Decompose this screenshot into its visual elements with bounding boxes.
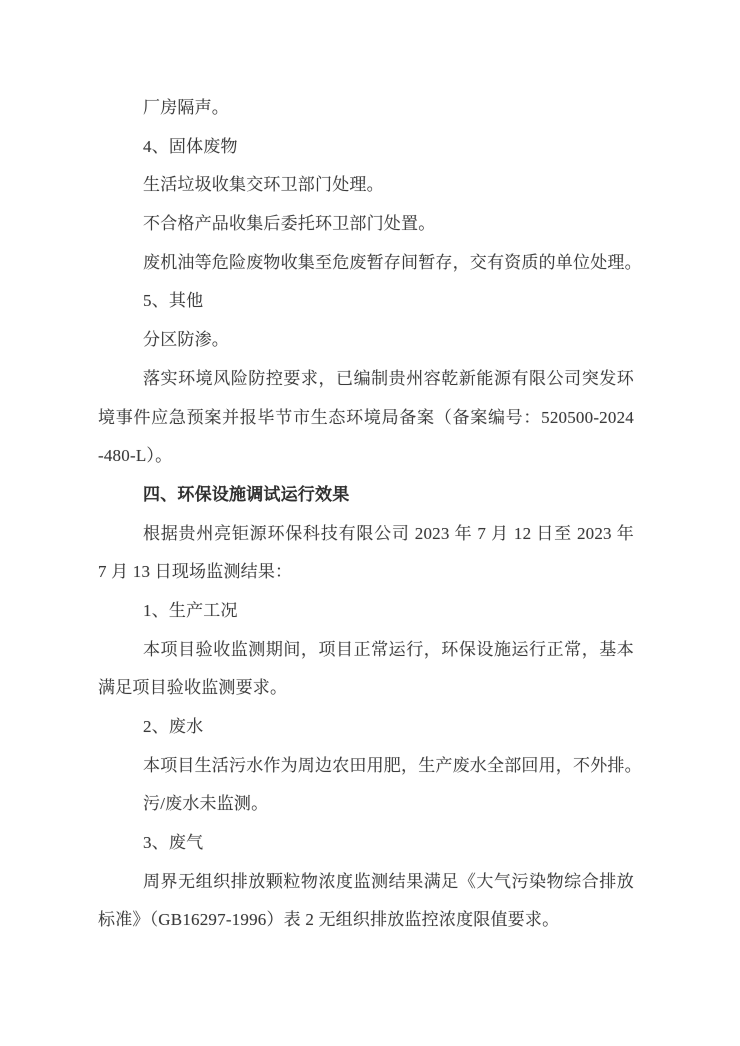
- paragraph-line: 废机油等危险废物收集至危废暂存间暂存，交有资质的单位处理。: [98, 244, 634, 283]
- section-heading: 四、环保设施调试运行效果: [98, 476, 634, 515]
- paragraph-line: 分区防渗。: [98, 321, 634, 360]
- paragraph-line: 周界无组织排放颗粒物浓度监测结果满足《大气污染物综合排放: [98, 863, 634, 902]
- paragraph-line: 根据贵州亮钜源环保科技有限公司 2023 年 7 月 12 日至 2023 年: [98, 515, 634, 554]
- paragraph-line: 不合格产品收集后委托环卫部门处置。: [98, 205, 634, 244]
- list-item-heading: 4、固体废物: [98, 128, 634, 167]
- list-item-heading: 2、废水: [98, 708, 634, 747]
- paragraph-line: 7 月 13 日现场监测结果：: [98, 553, 634, 592]
- paragraph-line: 落实环境风险防控要求，已编制贵州容乾新能源有限公司突发环: [98, 360, 634, 399]
- paragraph-line: 满足项目验收监测要求。: [98, 669, 634, 708]
- list-item-heading: 5、其他: [98, 282, 634, 321]
- list-item-heading: 3、废气: [98, 824, 634, 863]
- list-item-heading: 1、生产工况: [98, 592, 634, 631]
- paragraph-line: 本项目生活污水作为周边农田用肥，生产废水全部回用，不外排。: [98, 747, 634, 786]
- paragraph-line: -480-L）。: [98, 437, 634, 476]
- paragraph-line: 生活垃圾收集交环卫部门处理。: [98, 166, 634, 205]
- document-text-block: 厂房隔声。 4、固体废物 生活垃圾收集交环卫部门处理。 不合格产品收集后委托环卫…: [98, 89, 634, 940]
- paragraph-line: 境事件应急预案并报毕节市生态环境局备案（备案编号：520500-2024: [98, 399, 634, 438]
- paragraph-line: 污/废水未监测。: [98, 785, 634, 824]
- paragraph-line: 本项目验收监测期间，项目正常运行，环保设施运行正常，基本: [98, 631, 634, 670]
- document-page: 厂房隔声。 4、固体废物 生活垃圾收集交环卫部门处理。 不合格产品收集后委托环卫…: [0, 0, 740, 1046]
- paragraph-line: 厂房隔声。: [98, 89, 634, 128]
- paragraph-line: 标准》（GB16297-1996）表 2 无组织排放监控浓度限值要求。: [98, 901, 634, 940]
